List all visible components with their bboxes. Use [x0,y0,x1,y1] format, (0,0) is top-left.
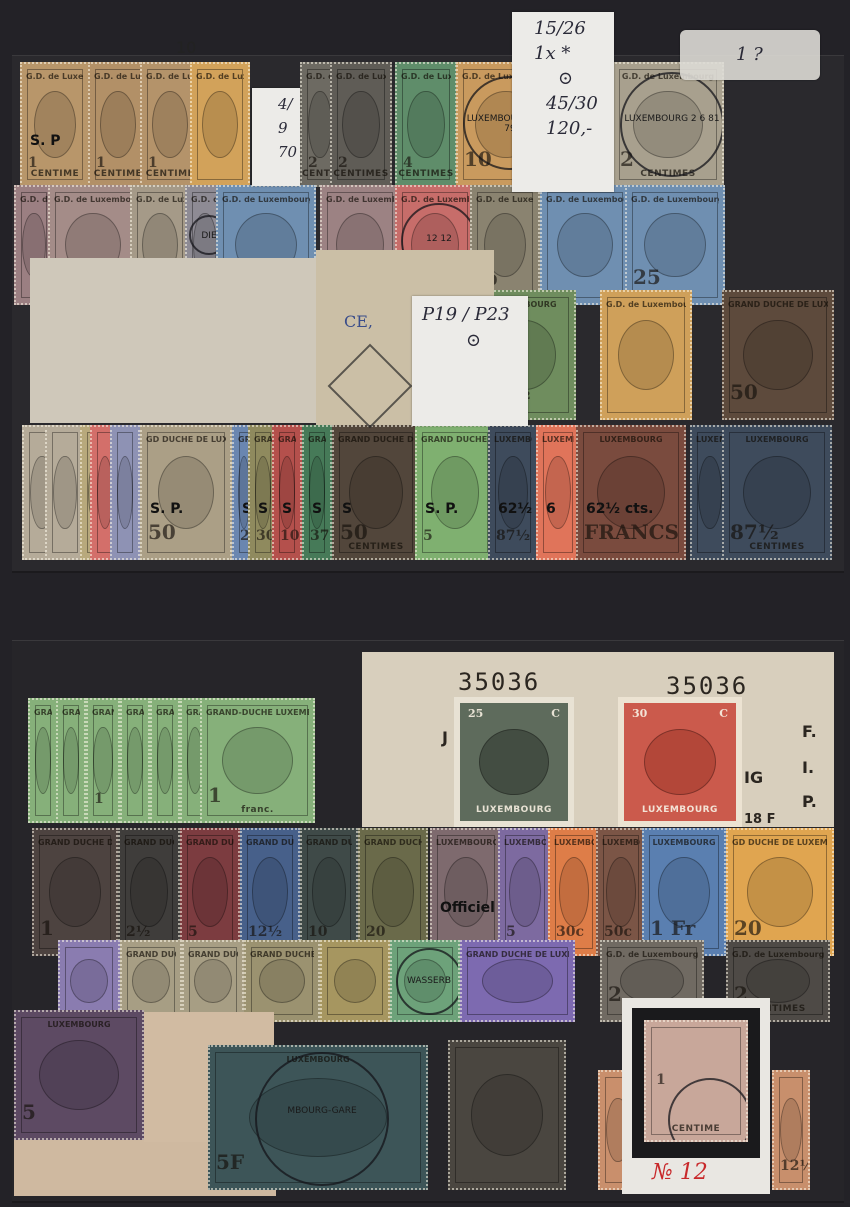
stamp-label: G.D. de Luxembourg [20,195,48,204]
stamp-center-oval [130,857,167,926]
postmark-text: 12 12 [403,234,475,244]
stamp-center-oval [222,727,293,795]
stamp-center-oval [597,456,665,529]
stamp-label: GRAND-DUCHE LUXEMBOURG [206,708,309,717]
stamp-label: G.D. de Luxembourg [546,195,624,204]
stamp-value: 5 [423,528,433,544]
stamp[interactable]: GRAND DUCHE DE LUX [244,940,320,1022]
stamp[interactable]: G.D. de Luxembourg [600,290,692,420]
block-letter-f: F. [802,722,817,741]
stamp-country: LUXEMBOURG [624,805,736,815]
stamp-value: 10 [308,924,327,940]
stamp-label: LUXEMBOURG [554,838,594,847]
stamp[interactable]: G.D. de Luxembourg [540,185,630,305]
stamp-center-oval [780,1098,802,1163]
stamp-center-oval [482,959,553,1003]
note-top-center: 15/26 1x * ⊙ 45/30 120,- [512,12,614,192]
stamp[interactable]: GRAND-DUCHE [150,698,180,823]
stamp-center-oval [620,959,684,1003]
stamp-value: 5 [188,924,198,940]
note-line: P19 / P23 [422,302,528,328]
stamp-label: G.D. de Luxembourg [401,72,451,81]
stamp-center-oval [132,959,169,1003]
block-fragment-ig: IG [744,768,763,787]
note-top-right: 1 ? [680,30,820,80]
stamp-30c-charlotte[interactable]: 30 C LUXEMBOURG [618,697,742,827]
stamp-label: LUXEMBOURG [602,838,640,847]
stamp-value: 50c [604,924,632,940]
stamp-center-oval [49,857,102,926]
stamp[interactable]: G.D. de Luxembourg2CENTIMESLUXEMBOURG 2 … [612,62,724,187]
stamp[interactable]: GRAND DUCHE10S [272,425,302,560]
stamp-label: GRAND DUCHE DE LUX [38,838,112,847]
stamp-value: 12½ [780,1158,810,1174]
stamp-label: GRAND DUCHE [254,435,272,444]
stamp-label: LUXEMBOURG [648,838,720,847]
stamp[interactable]: G.D. de Luxembourg1CENTIMES. P [20,62,90,187]
piece-text: CE, [344,312,373,331]
stamp[interactable]: LUXEMBOURG50c [596,828,646,956]
stamp[interactable]: GRAND DUCHE DE LUX1 [32,828,118,956]
stamp-unit: CENTIME [90,169,146,179]
stamp-center-oval [498,456,527,529]
stamp[interactable]: LUXEMBOURG87½CENTIMES [722,425,832,560]
stamp-value: FRANCS [584,520,679,544]
stamp-label: G.D. de Luxembourg [732,950,824,959]
stamp-value: 25 [633,265,661,289]
stamp-center-oval [312,857,347,926]
block-fragment-j: J [442,728,448,747]
stamp-label: LUXEMBOURG [582,435,680,444]
stamp-center-oval [698,456,721,529]
stamp-value: 25 [468,707,483,720]
stamp-label: G.D. de Luxembourg [222,195,310,204]
stamp-overprint: S [312,501,322,517]
stamp-label: GRAND-DUCHE [62,708,80,717]
stamp-label: GRAND DUCHE [278,435,296,444]
framed-stamp-card: 1 CENTIME № 12 [622,998,770,1194]
stamp-value: 1 [208,783,222,807]
stamp-center-oval [618,320,674,391]
stamp[interactable]: LUXEMBOURGFRANCS62½ cts. [576,425,686,560]
stamp-label: GRAND DUCHE DE [246,838,294,847]
stamp-value: 5 [506,924,516,940]
note-line: 1 ? [736,44,820,65]
stamp[interactable]: 12½ [772,1070,810,1190]
stamp-center-oval [471,1074,544,1156]
stamp-center-oval [194,959,231,1003]
stamp-value: 30 [632,707,647,720]
note-line: ⊙ [534,66,614,91]
stamp[interactable]: GRAND DUCHE DE2½ [118,828,180,956]
stamp-value: 87½ [496,528,530,544]
note-line: 1x * [534,41,614,66]
stamp[interactable]: G.D. de Luxembourg4CENTIMES [395,62,457,187]
note-line: 120,- [534,116,614,141]
block-fragment-18f: 18 F [744,812,776,827]
stamp-value: 20 [366,924,385,940]
stamp-label: G.D. de Luxembourg [336,72,386,81]
stamp-label: GRAND DUCHE DE LUXEMBOURG [466,950,569,959]
stamp-overprint: S. P. [150,501,183,517]
stamp-unit: CENTIMES [334,542,418,552]
stamp-center-oval [308,91,331,159]
stamp[interactable]: GRAND-DUCHE [120,698,150,823]
stamp-overprint: 6 [546,501,556,517]
stamp-label: G.D. de Luxembourg [606,950,698,959]
stamp-label: GRAND-DUCHE [92,708,114,717]
stamp-value: 50 [340,520,368,544]
stamp-overprint: S [258,501,268,517]
stamp-label: G.D. de Luxembourg [631,195,719,204]
stamp-center-oval [559,857,590,926]
stamp-label: G.D. de Luxembourg [146,72,194,81]
note-line: 70 [278,140,300,164]
stamp-unit: CENTIMES [332,169,390,179]
stamp[interactable]: LUXEMBOURG87½62½ [488,425,538,560]
stamp[interactable]: LUXEMBOURG1 Fr [642,828,726,956]
stamp-value: 50 [730,380,758,404]
stamp-label: GRAND DUCHE DE [186,838,234,847]
stamp-center-oval [100,91,136,159]
stamp-label: LUXEMBOURG [20,1020,138,1029]
stamp-label: GRAND DUCHE DE LUX [250,950,314,959]
stamp-center-oval [743,456,811,529]
stamp-label: GRAND DUCHE DE [124,838,174,847]
stamp-overprint: S [282,501,292,517]
stamp-label: G.D. de Luxembourg [606,300,686,309]
stamp-label: G.D. de Luxembourg [54,195,132,204]
postmark: WASSERB [396,948,461,1015]
stamp-label: LUXEMBOURG [504,838,546,847]
stamp-center-oval [93,727,112,795]
souvenir-block: 35036 35036 J IG 18 F F. I. P. 25 C LUXE… [362,652,834,827]
stamp[interactable]: GRAND-DUCHE LUXEMBOURG1franc. [200,698,315,823]
stamp-center-oval [407,91,444,159]
stamp[interactable] [110,425,140,560]
stamp-center-oval [53,456,76,529]
block-number-right: 35036 [666,672,748,700]
stamp-label: GD DUCHE DE LUXEMBOURG [146,435,226,444]
postmark: MBOURG-GARE [255,1052,390,1187]
note-small-left: 4/ 9 70 [252,88,300,186]
stamp-unit: franc. [202,805,313,815]
stamp-center-oval [334,959,376,1003]
stamp-center-oval [70,959,107,1003]
stamp[interactable]: G.D. de Luxembourg [190,62,250,187]
stamp[interactable]: GRAND DUCHE DE LUXEMBOURG [460,940,575,1022]
stamp-value: 5F [216,1150,244,1174]
stamp-center-oval [372,857,414,926]
stamp[interactable]: LUXEMBOURG5FMBOURG-GARE [208,1045,428,1190]
stamp-label: GRAND-DUCHE [34,708,52,717]
stamp[interactable]: GRAND DUCHE DE5 [180,828,240,956]
stamp-label: G.D. de Luxembourg [26,72,84,81]
stamp-value: 5 [22,1100,36,1124]
block-letter-p: P. [802,792,817,811]
stamp-label: GRAND-DUCHE [156,708,174,717]
block-letter-i: I. [802,758,814,777]
stamp-label: GRAND DUCHE DE LUXEMBOURG [338,435,414,444]
postmark-text: LUXEMBOURG 2 6 81 [622,114,723,124]
stamp[interactable]: GRAND-DUCHE [28,698,58,823]
note-line: 9 [278,116,300,140]
stamp-unit: CENTIMES [724,542,830,552]
stamp-corner: C [551,707,560,720]
stamp-overprint: Officiel [440,900,495,916]
block-number-left: 35036 [458,668,540,696]
stamp-label: LUXEMBOURG [494,435,532,444]
stamp-center-oval [557,213,612,278]
stamp[interactable] [448,1040,566,1190]
portrait-oval [479,729,548,795]
stamp-value: 20 [734,916,762,940]
note-line: ⊙ [422,328,528,354]
stamp-center-oval [252,857,288,926]
stamp-value: 1 [656,1072,666,1088]
portrait-oval [644,729,716,795]
stamp-label: G.D. de Luxembourg [476,195,534,204]
stamp[interactable]: GRAND DUCHE37½S [302,425,332,560]
stamp-value: 2½ [126,924,150,940]
stamp[interactable]: GRAND DUCHE [182,940,244,1022]
stamp[interactable]: WASSERB [390,940,460,1022]
stamp[interactable]: LUXEMBOURG5 [498,828,552,956]
stamp-center-oval [349,456,403,529]
stamp-center-oval [158,456,214,529]
stamp-corner: C [719,707,728,720]
no12-label: № 12 [652,1160,708,1185]
stamp-value: 87½ [730,520,779,544]
stamp-unit: CENTIME [22,169,88,179]
stamp-center-oval [259,959,305,1003]
stamp-center-oval [39,1040,120,1111]
stamp-overprint: S. P [30,133,61,149]
stamp[interactable] [45,425,85,560]
stamp-center-oval [545,456,571,529]
stamp[interactable]: LUXEMBOURG5 [14,1010,144,1140]
stamp[interactable]: GD DUCHE DE LUXEMBOURG50S. P. [140,425,232,560]
stamp-value: 12½ [248,924,282,940]
stamp-unit: CENTIMES [397,169,455,179]
stamp-label: GRAND DUCHE [188,950,238,959]
stamp-label: LUXEMBOURG [436,838,496,847]
postmark-text: MBOURG-GARE [257,1106,388,1116]
stamp-label: LUXEMBOURG [728,435,826,444]
note-line: 15/26 [534,16,614,41]
stamp-label: GRAND DUCHE DE [364,838,422,847]
stamp-center-oval [431,456,480,529]
stamp[interactable]: GRAND DUCHE DE12½ [240,828,300,956]
stamp[interactable]: GRAND DUCHE DE LUXEMBOURG50 [722,290,834,420]
note-line: 4/ [278,92,300,116]
stamp[interactable]: LUXEMBOURG6 [536,425,580,560]
stamp-value: 1 [40,916,54,940]
stamp-overprint: S [342,501,352,517]
stamp-center-oval [152,91,188,159]
stamp-value: 50 [148,520,176,544]
diamond-cancel [328,344,413,429]
stamp-value: 1 [94,791,104,807]
stamp-center-oval [746,959,810,1003]
stamp-label: GRAND-DUCHE [126,708,144,717]
note-p19-p23: P19 / P23 ⊙ [412,296,528,426]
stamp[interactable]: GRAND DUCHE DE20 [358,828,428,956]
stamp-label: G.D. de Luxembourg [94,72,142,81]
stamp-value: 10 [280,528,299,544]
stamp-label: GRAND DUCHE DE LUXEMBOURG [728,300,828,309]
stamp-25c-charlotte[interactable]: 25 C LUXEMBOURG [454,697,574,827]
stamp-center-oval [192,857,228,926]
stamp-overprint: 62½ cts. [586,501,654,517]
stamp[interactable]: GRAND DUCHE DE10 [300,828,358,956]
stamp-label: GRAND DUCHE DE [306,838,352,847]
stamp-label: G.D. de Luxembourg [191,195,219,204]
stamp-value: 1 Fr [650,916,695,940]
stamp-label: G.D. de Luxembourg [326,195,394,204]
postmark: LUXEMBOURG 2 6 81 [620,72,724,177]
stamp-label: LUXEMBOURG [542,435,574,444]
stamp-label: GRAND DUCHE DE LUXEMBOURG [421,435,489,444]
stamp-center-oval [342,91,379,159]
stamp-country: LUXEMBOURG [460,805,568,815]
stamp[interactable]: LUXEMBOURGOfficiel [430,828,502,956]
stamp-value: 2 [608,982,622,1006]
stamp[interactable]: GRAND-DUCHE [56,698,86,823]
stamp-label: GD DUCHE DE LUXEMBOURG [732,838,828,847]
stamp-overprint: 62½ [498,501,532,517]
stamp[interactable] [320,940,390,1022]
stamp-label: GRAND DUCHE [126,950,176,959]
sheet-margin-number: 10 [176,38,196,57]
stamp[interactable]: G.D. de Luxembourg25 [625,185,725,305]
stamp-center-oval [202,91,238,159]
stamp[interactable]: GD DUCHE DE LUXEMBOURG20 [726,828,834,956]
stamp[interactable]: G.D. de Luxembourg2CENTIMES [330,62,392,187]
stamp-overprint: S. P. [425,501,458,517]
stamp-label: G.D. de Luxembourg [196,72,244,81]
stamp-no12-1-centime[interactable]: 1 CENTIME [644,1020,748,1142]
stamp-label: G.D. de Luxembourg [136,195,184,204]
cover-piece-left [30,258,320,423]
stamp[interactable]: GRAND-DUCHE1 [86,698,120,823]
stamp-value: 37½ [310,528,332,544]
stamp[interactable]: GRAND DUCHE DE LUXEMBOURG5S. P. [415,425,495,560]
stamp-center-oval [606,857,635,926]
stamp-label: GRAND DUCHE [308,435,326,444]
postmark-text: WASSERB [398,976,461,986]
stamp[interactable]: LUXEMBOURG30c [548,828,600,956]
note-line: 45/30 [534,91,614,116]
stamp-label: LUXEMBOURG [696,435,724,444]
stamp[interactable]: GRAND DUCHE DE LUXEMBOURG50CENTIMESS [332,425,420,560]
stamp[interactable]: G.D. de Luxembourg1CENTIME [88,62,148,187]
stamp-value: 30c [556,924,584,940]
stamp-center-oval [509,857,541,926]
